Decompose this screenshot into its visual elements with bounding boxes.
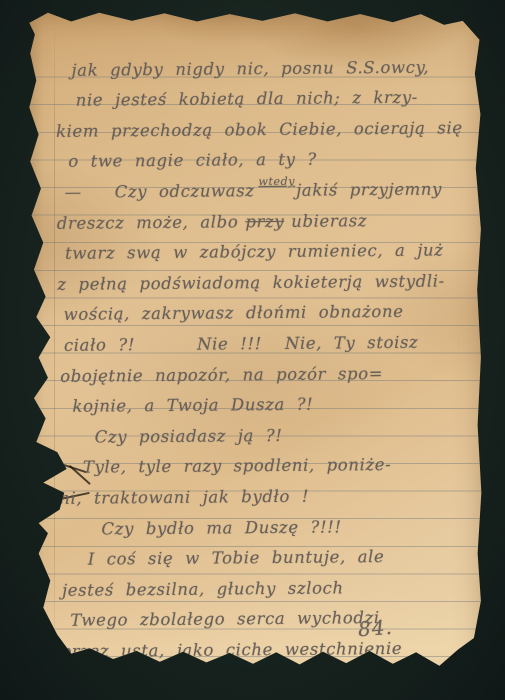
handwritten-line: z pełną podświadomą kokieterją wstydli-: [57, 262, 487, 296]
page-number: 84.: [357, 615, 393, 641]
handwritten-text: z pełną podświadomą kokieterją wstydli-: [57, 271, 445, 293]
handwritten-text: kiem przechodzą obok Ciebie, ocierają si…: [56, 118, 463, 141]
handwritten-line: wością, zakrywasz dłońmi obnażone: [57, 293, 487, 327]
handwritten-text: Nie, Ty stoisz: [285, 333, 419, 353]
handwritten-text: wtedy: [258, 175, 295, 188]
handwritten-text: Twego zbolałego serca wychodzi: [70, 608, 380, 630]
handwritten-line: kiem przechodzą obok Ciebie, ocierają si…: [56, 109, 486, 143]
handwritten-line: Czy posiadasz ją ?!: [59, 415, 489, 449]
manuscript-page: jak gdyby nigdy nic, posnu S.S.owcy,nie …: [20, 6, 486, 682]
handwritten-line: o twe nagie ciało, a ty ?: [56, 140, 486, 174]
handwritten-line: nie jesteś kobietą dla nich; z krzy-: [56, 79, 486, 113]
handwritten-line: Tyle, tyle razy spodleni, poniże-: [59, 446, 489, 480]
handwritten-line: ni, traktowani jak bydło !: [59, 476, 489, 510]
handwriting-lines: jak gdyby nigdy nic, posnu S.S.owcy,nie …: [55, 48, 490, 664]
handwritten-text: twarz swą w zabójczy rumieniec, a już: [65, 241, 444, 263]
handwritten-text: Tyle, tyle razy spodleni, poniże-: [83, 455, 391, 477]
handwritten-line: dreszcz może, alboprzyubierasz: [57, 201, 487, 235]
handwritten-text: jakiś przyjemny: [296, 179, 442, 199]
handwritten-line: Czy bydło ma Duszę ?!!!: [59, 507, 489, 541]
handwritten-line: Twego zbolałego serca wychodzi: [60, 599, 490, 633]
handwritten-text: jak gdyby nigdy nic, posnu S.S.owcy,: [71, 57, 429, 79]
handwritten-text: Czy bydło ma Duszę ?!!!: [101, 517, 341, 538]
handwritten-text: I coś się w Tobie buntuje, ale: [88, 547, 385, 569]
handwritten-line: jak gdyby nigdy nic, posnu S.S.owcy,: [55, 48, 485, 82]
handwritten-line: przez usta, jako ciche westchnienie: [60, 629, 490, 663]
handwritten-text: kojnie, a Twoja Dusza ?!: [72, 395, 313, 416]
photo-background: jak gdyby nigdy nic, posnu S.S.owcy,nie …: [0, 0, 505, 700]
handwritten-line: kojnie, a Twoja Dusza ?!: [58, 385, 488, 419]
handwritten-text: —: [64, 183, 81, 202]
handwritten-text: ni, traktowani jak bydło !: [59, 487, 309, 508]
handwritten-text: dreszcz może, albo: [57, 212, 239, 233]
handwritten-line: ciało ?!Nie !!!Nie, Ty stoisz: [58, 323, 488, 357]
handwritten-line: twarz swą w zabójczy rumieniec, a już: [57, 232, 487, 266]
handwritten-text: przy: [245, 211, 284, 230]
handwritten-text: przez usta, jako ciche westchnienie: [60, 639, 402, 661]
handwritten-line: —Czy odczuwaszwtedyjakiś przyjemny: [56, 171, 486, 205]
handwritten-text: Czy odczuwasz: [115, 181, 255, 201]
handwritten-text: jesteś bezsilna, głuchy szloch: [62, 578, 344, 599]
handwritten-line: I coś się w Tobie buntuje, ale: [60, 538, 490, 572]
handwritten-text: nie jesteś kobietą dla nich; z krzy-: [76, 88, 418, 110]
handwritten-text: Czy posiadasz ją ?!: [95, 426, 283, 447]
handwritten-text: Nie !!!: [197, 334, 262, 354]
handwritten-line: jesteś bezsilna, głuchy szloch: [60, 568, 490, 602]
handwritten-text: wością, zakrywasz dłońmi obnażone: [64, 302, 404, 324]
handwritten-text: o twe nagie ciało, a ty ?: [68, 150, 317, 171]
handwritten-line: obojętnie napozór, na pozór spo=: [58, 354, 488, 388]
handwritten-text: obojętnie napozór, na pozór spo=: [60, 364, 383, 386]
handwritten-text: ubierasz: [291, 211, 367, 231]
handwritten-text: ciało ?!: [64, 335, 135, 355]
